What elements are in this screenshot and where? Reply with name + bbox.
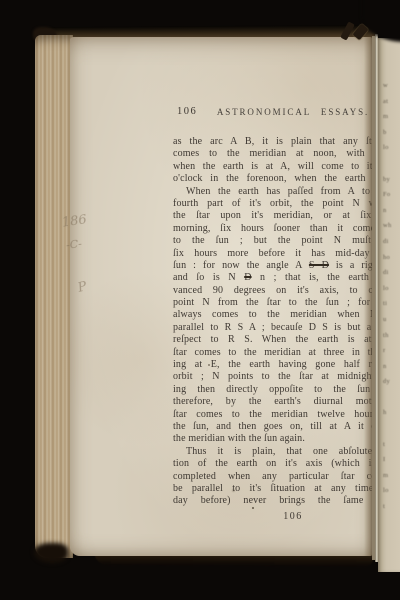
right-page-text-fragment: wh (383, 218, 399, 234)
right-page-text-fragment: b (383, 125, 399, 141)
page-gutter-crease (364, 37, 372, 556)
right-page-text-fragment: at (383, 94, 399, 110)
right-page-text-fragment: ho (383, 250, 399, 266)
right-page-text-fragment: by (383, 172, 399, 188)
ink-correction: S D (309, 260, 329, 271)
right-page-text-fragment: u (383, 312, 399, 328)
right-page-text-fragment: lo (383, 483, 399, 499)
paper-speck (232, 489, 235, 492)
right-page-text-fragment: r (383, 343, 399, 359)
paper-speck (252, 507, 254, 509)
right-page-text-fragment: m (383, 468, 399, 484)
book-bottom-left-corner (34, 543, 68, 563)
right-page-text-fragment: di (383, 265, 399, 281)
right-page-text-fragment: t (383, 499, 399, 515)
right-page-text-fragment (383, 156, 399, 172)
right-page-text-fragment (383, 390, 399, 406)
right-page-text-fragment: t (383, 437, 399, 453)
right-page-text-fragment: th (383, 328, 399, 344)
ink-correction: D S (309, 322, 328, 333)
paper-speck (208, 364, 210, 366)
right-page-text-fragment: ti (383, 296, 399, 312)
right-page-text-fragment: lo (383, 281, 399, 297)
book-photo-scene: 106 ASTRONOMICAL ESSAYS. as the arc A B,… (0, 0, 400, 600)
right-page-text-fragment: m (383, 109, 399, 125)
right-page-text-fragment: n (383, 359, 399, 375)
right-page-text-fragment: lo (383, 140, 399, 156)
right-page-text-fragments: watmblobyFonwhdihodilotiuthrndyhtImlot (383, 78, 399, 515)
right-page-text-fragment: di (383, 234, 399, 250)
right-page-sliver: watmblobyFonwhdihodilotiuthrndyhtImlot (378, 38, 400, 572)
right-page-text-fragment (383, 421, 399, 437)
right-page-text-fragment: dy (383, 374, 399, 390)
right-page-text-fragment: n (383, 203, 399, 219)
ink-correction: D (244, 272, 251, 283)
right-page-text-fragment: w (383, 78, 399, 94)
right-page-text-fragment: Fo (383, 187, 399, 203)
page-fore-edges (35, 35, 73, 558)
book-page: 106 ASTRONOMICAL ESSAYS. as the arc A B,… (70, 37, 372, 556)
margin-annotation: -C- (65, 237, 82, 252)
right-page-text-fragment: I (383, 452, 399, 468)
right-page-text-fragment: h (383, 405, 399, 421)
